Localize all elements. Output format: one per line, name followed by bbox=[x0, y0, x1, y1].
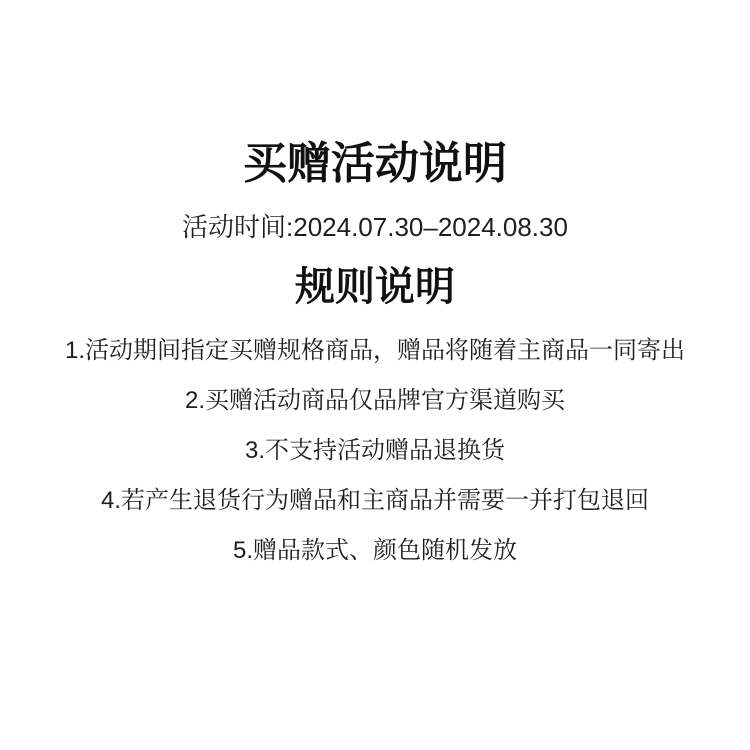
promo-notice-card: 买赠活动说明 活动时间:2024.07.30–2024.08.30 规则说明 1… bbox=[0, 0, 750, 750]
rule-line-4: 4.若产生退货行为赠品和主商品并需要一并打包退回 bbox=[0, 476, 750, 526]
page-title: 买赠活动说明 bbox=[0, 0, 750, 188]
rule-line-3: 3.不支持活动赠品退换货 bbox=[0, 426, 750, 476]
activity-time-text: 活动时间:2024.07.30–2024.08.30 bbox=[0, 214, 750, 240]
rule-line-1: 1.活动期间指定买赠规格商品，赠品将随着主商品一同寄出 bbox=[0, 326, 750, 376]
rules-list: 1.活动期间指定买赠规格商品，赠品将随着主商品一同寄出 2.买赠活动商品仅品牌官… bbox=[0, 326, 750, 576]
rules-heading: 规则说明 bbox=[0, 266, 750, 308]
rule-line-5: 5.赠品款式、颜色随机发放 bbox=[0, 526, 750, 576]
rule-line-2: 2.买赠活动商品仅品牌官方渠道购买 bbox=[0, 376, 750, 426]
